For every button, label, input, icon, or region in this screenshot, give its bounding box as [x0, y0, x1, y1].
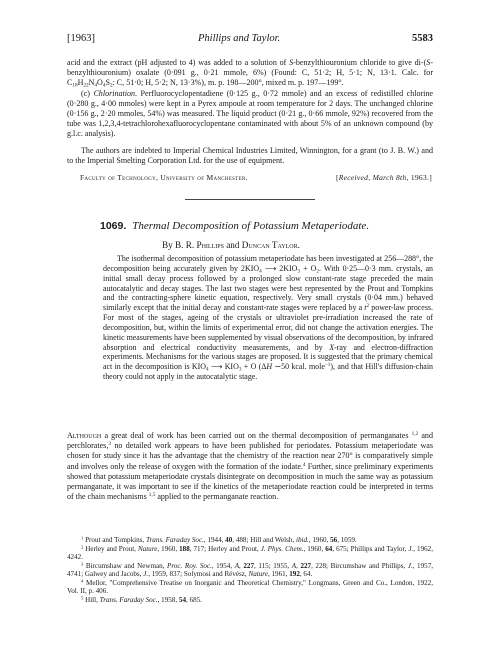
affiliation: Faculty of Technology, University of Man… [80, 173, 248, 182]
article-title: 1069.Thermal Decomposition of Potassium … [100, 220, 400, 232]
chlorination-paragraph: (c) Chlorination. Perfluorocyclopentadie… [67, 89, 433, 140]
article-separator-rule [185, 199, 315, 200]
footnote-3: 3 Bircumshaw and Newman, Proc. Roy. Soc.… [67, 562, 433, 579]
header-year: [1963] [67, 33, 95, 44]
running-header: [1963] Phillips and Taylor. 5583 [67, 33, 433, 47]
footnote-5: 5 Hill, Trans. Faraday Soc., 1958, 54, 6… [67, 596, 433, 605]
previous-article-text: acid and the extract (pH adjusted to 4) … [67, 58, 433, 140]
byline: By B. R. Phillips and Duncan Taylor. [162, 240, 362, 250]
author-1: B. R. Phillips [175, 240, 224, 250]
introduction-paragraph: Although a great deal of work has been c… [67, 431, 433, 502]
article-number: 1069. [100, 220, 126, 232]
header-authors: Phillips and Taylor. [198, 33, 280, 44]
acknowledgement: The authors are indebted to Imperial Che… [67, 146, 433, 166]
footnote-2: 2 Herley and Prout, Nature, 1960, 188, 7… [67, 545, 433, 562]
footnote-4: 4 Mellor, "Comprehensive Treatise on Ino… [67, 579, 433, 596]
abstract: The isothermal decomposition of potassiu… [103, 254, 433, 382]
article-title-text: Thermal Decomposition of Potassium Metap… [132, 220, 369, 232]
received-date: [Received, March 8th, 1963.] [336, 173, 432, 182]
footnote-1: 1 Prout and Tompkins, Trans. Faraday Soc… [67, 536, 433, 545]
author-2: Duncan Taylor [242, 240, 298, 250]
footnotes: 1 Prout and Tompkins, Trans. Faraday Soc… [67, 536, 433, 604]
experimental-paragraph: acid and the extract (pH adjusted to 4) … [67, 58, 433, 89]
header-page-number: 5583 [412, 33, 433, 44]
affiliation-line: Faculty of Technology, University of Man… [80, 173, 432, 184]
